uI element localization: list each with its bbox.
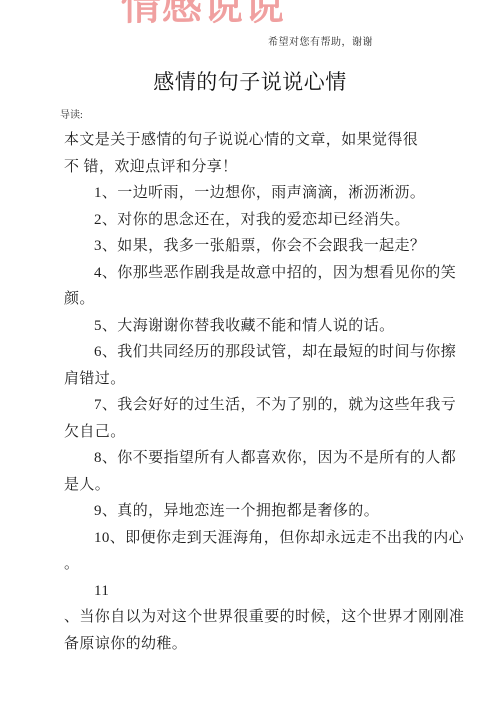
lead-label: 导读: [60, 109, 439, 123]
text-line: 8、你不要指望所有人都喜欢你，因为不是所有的人都 [64, 445, 439, 472]
text-line: 颜。 [64, 286, 439, 313]
body-lines: 本文是关于感情的句子说说心情的文章，如果觉得很不 错，欢迎点评和分享！1、一边听… [64, 127, 439, 657]
text-line: 4、你那些恶作剧我是故意中招的，因为想看见你的笑 [64, 260, 439, 287]
text-line: 欠自己。 [64, 419, 439, 446]
article-body: 导读: 本文是关于感情的句子说说心情的文章，如果觉得很不 错，欢迎点评和分享！1… [64, 109, 439, 657]
site-watermark: 情感说说 [121, 0, 285, 31]
text-line: 不 错，欢迎点评和分享！ [64, 154, 439, 181]
text-line: 9、真的，异地恋连一个拥抱都是奢侈的。 [64, 498, 439, 525]
document-page: { "watermark": { "text": "情感说说", "color"… [0, 0, 500, 708]
text-line: 2、对你的思念还在，对我的爱恋却已经消失。 [64, 207, 439, 234]
text-line: 5、大海谢谢你替我收藏不能和情人说的话。 [64, 313, 439, 340]
text-line: 本文是关于感情的句子说说心情的文章，如果觉得很 [64, 127, 439, 154]
text-line: 10、即便你走到天涯海角，但你却永远走不出我的内心 [64, 525, 439, 552]
text-line: 是人。 [64, 472, 439, 499]
text-line: 肩错过。 [64, 366, 439, 393]
text-line: 备原谅你的幼稚。 [64, 631, 439, 658]
text-line: 、当你自以为对这个世界很重要的时候，这个世界才刚刚准 [64, 604, 439, 631]
text-line: 1、一边听雨，一边想你，雨声滴滴，淅沥淅沥。 [64, 180, 439, 207]
text-line: 3、如果，我多一张船票，你会不会跟我一起走？ [64, 233, 439, 260]
text-line: 6、我们共同经历的那段试管，却在最短的时间与你擦 [64, 339, 439, 366]
text-line: 7、我会好好的过生活，不为了别的，就为这些年我亏 [64, 392, 439, 419]
page-title: 感情的句子说说心情 [0, 66, 500, 96]
text-line: 。 [64, 551, 439, 578]
text-line: 11 [64, 578, 439, 605]
helper-note: 希望对您有帮助，谢谢 [268, 33, 373, 48]
